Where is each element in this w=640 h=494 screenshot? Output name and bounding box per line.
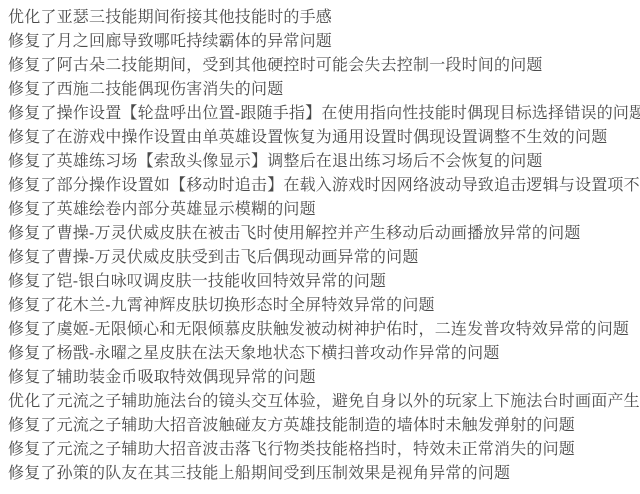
patch-note-line: 修复了部分操作设置如【移动时追击】在载入游戏时因网络波动导致追击逻辑与设置项不一… <box>8 174 640 198</box>
patch-note-line: 修复了西施二技能偶现伤害消失的问题 <box>8 78 640 102</box>
patch-note-line: 修复了辅助装金币吸取特效偶现异常的问题 <box>8 366 640 390</box>
patch-note-line: 修复了孙策的队友在其三技能上船期间受到压制效果是视角异常的问题 <box>8 462 640 486</box>
patch-note-line: 修复了元流之子辅助大招音波击落飞行物类技能格挡时，特效未正常消失的问题 <box>8 438 640 462</box>
patch-note-line: 修复了英雄绘卷内部分英雄显示模糊的问题 <box>8 198 640 222</box>
patch-note-line: 修复了曹操-万灵伏威皮肤受到击飞后偶现动画异常的问题 <box>8 246 640 270</box>
patch-note-line: 修复了花木兰-九霄神辉皮肤切换形态时全屏特效异常的问题 <box>8 294 640 318</box>
patch-note-line: 修复了虞姬-无限倾心和无限倾慕皮肤触发被动树神护佑时，二连发普攻特效异常的问题 <box>8 318 640 342</box>
patch-note-line: 修复了月之回廊导致哪吒持续霸体的异常问题 <box>8 30 640 54</box>
patch-note-line: 修复了杨戬-永曜之星皮肤在法天象地状态下横扫普攻动作异常的问题 <box>8 342 640 366</box>
patch-note-line: 优化了亚瑟三技能期间衔接其他技能时的手感 <box>8 6 640 30</box>
patch-note-line: 修复了阿古朵二技能期间，受到其他硬控时可能会失去控制一段时间的问题 <box>8 54 640 78</box>
patch-note-line: 修复了元流之子辅助大招音波触碰友方英雄技能制造的墙体时未触发弹射的问题 <box>8 414 640 438</box>
patch-note-line: 修复了英雄练习场【索敌头像显示】调整后在退出练习场后不会恢复的问题 <box>8 150 640 174</box>
patch-notes-list: 优化了亚瑟三技能期间衔接其他技能时的手感修复了月之回廊导致哪吒持续霸体的异常问题… <box>0 0 640 494</box>
patch-note-line: 优化了元流之子辅助施法台的镜头交互体验，避免自身以外的玩家上下施法台时画面产生晃… <box>8 390 640 414</box>
patch-note-line: 修复了曹操-万灵伏威皮肤在被击飞时使用解控并产生移动后动画播放异常的问题 <box>8 222 640 246</box>
patch-note-line: 修复了铠-银白咏叹调皮肤一技能收回特效异常的问题 <box>8 270 640 294</box>
patch-note-line: 修复了在游戏中操作设置由单英雄设置恢复为通用设置时偶现设置调整不生效的问题 <box>8 126 640 150</box>
patch-note-line: 修复了操作设置【轮盘呼出位置-跟随手指】在使用指向性技能时偶现目标选择错误的问题 <box>8 102 640 126</box>
